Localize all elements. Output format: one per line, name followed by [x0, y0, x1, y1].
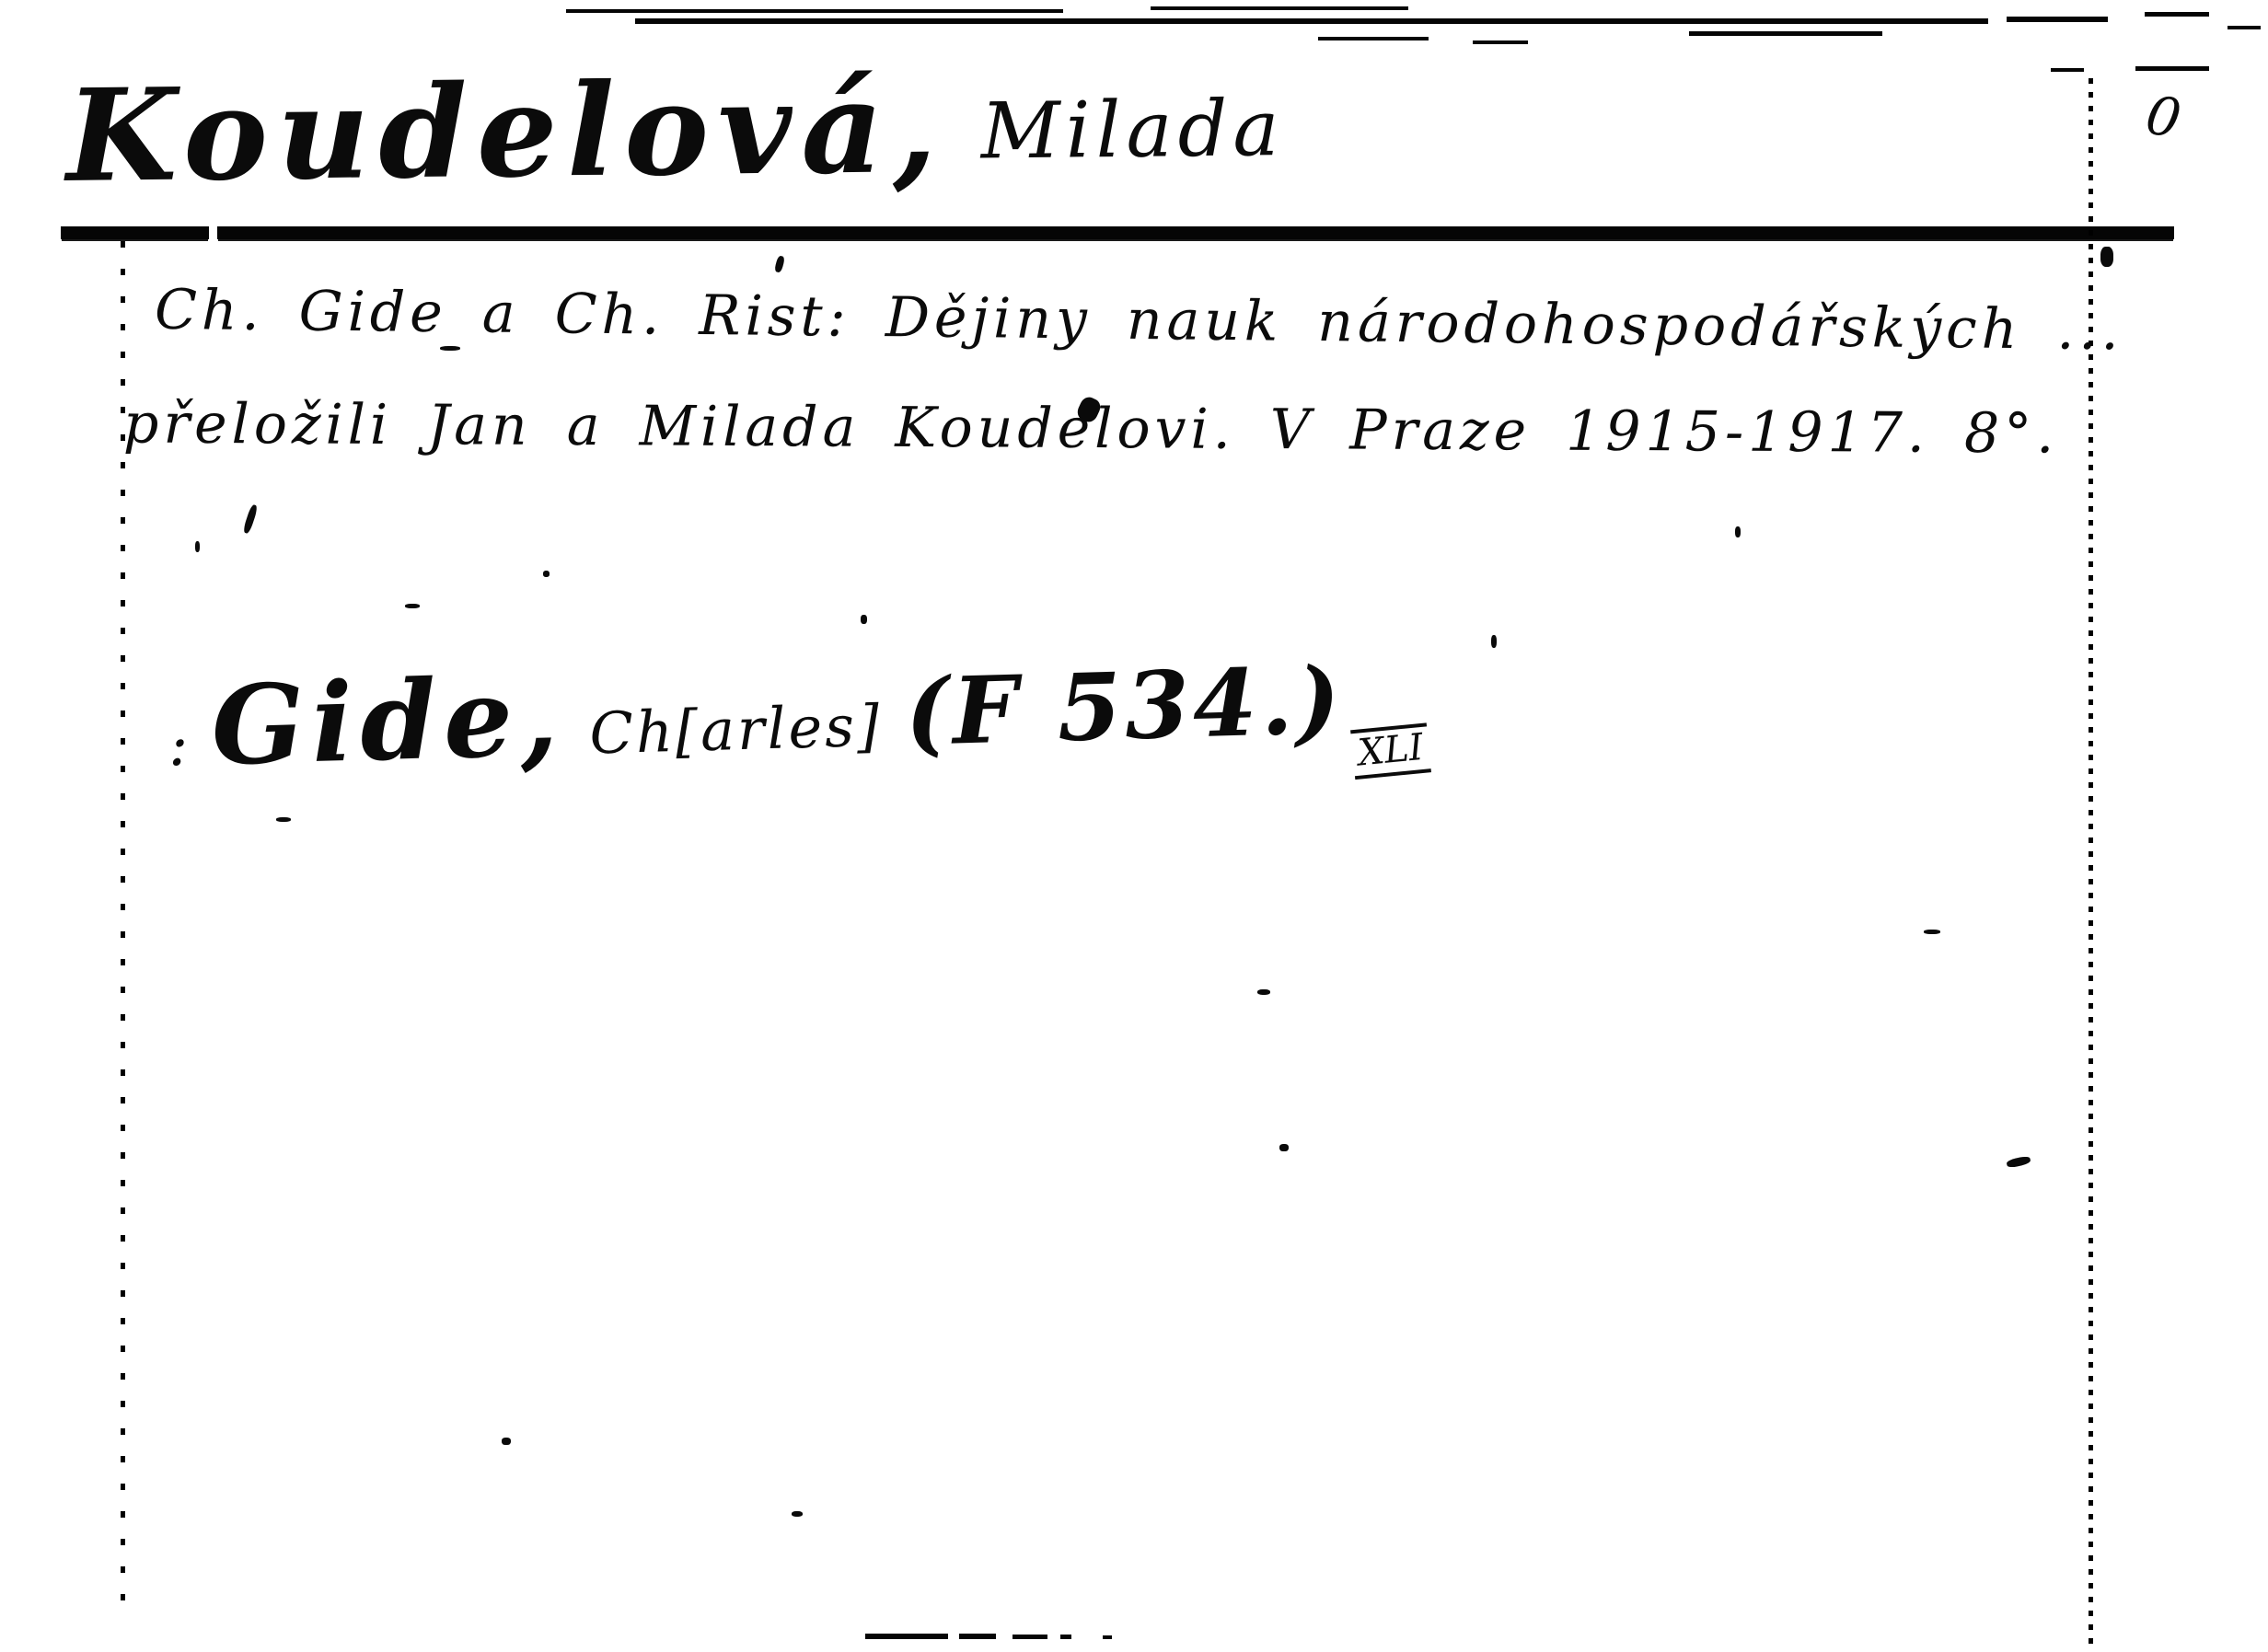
scan-noise-top	[2145, 12, 2209, 17]
scan-speck	[1924, 930, 1940, 934]
scan-noise-dash	[2051, 68, 2084, 72]
scan-speck	[774, 255, 785, 272]
heading: Koudelová, Milada	[65, 60, 1285, 200]
reference-name: Gide,	[210, 662, 566, 780]
scan-speck	[1735, 526, 1741, 537]
scan-speck	[276, 817, 291, 822]
scan-speck	[405, 604, 420, 608]
scan-noise-bottom	[959, 1634, 996, 1639]
reference-shelfmark: (F 534.)	[904, 654, 1345, 758]
scan-noise-dash	[1318, 37, 1429, 40]
cross-reference-line: : Gide, Ch[arles] (F 534.) XLI	[167, 638, 1445, 782]
scan-speck	[792, 1511, 803, 1517]
scan-speck	[1279, 1144, 1289, 1151]
scan-noise-bottom	[1012, 1635, 1047, 1639]
scan-speck	[1491, 635, 1497, 648]
scan-noise-top	[1151, 6, 1408, 10]
scan-noise-bottom	[1060, 1635, 1071, 1639]
scan-speck	[440, 346, 460, 351]
scan-noise-top	[1689, 31, 1882, 36]
catalog-card-scan: { "card": { "heading": { "surname": "Kou…	[0, 0, 2268, 1652]
scan-speck	[242, 504, 258, 535]
scan-noise-top	[2227, 26, 2261, 29]
scan-speck	[2006, 1155, 2031, 1168]
heading-surname: Koudelová,	[65, 64, 946, 200]
reference-forename: Ch[arles]	[589, 698, 883, 763]
scan-noise-bottom	[1103, 1635, 1112, 1639]
scan-speck	[195, 541, 200, 552]
header-rule	[217, 226, 2174, 239]
scan-speck	[861, 615, 867, 624]
scan-speck	[1257, 989, 1270, 995]
scan-noise-top	[635, 18, 1988, 24]
page-number: 0	[2142, 87, 2184, 146]
scan-noise-dash	[2135, 66, 2209, 71]
scan-noise-top	[2007, 17, 2108, 22]
reference-volume-numeral: XLI	[1350, 722, 1431, 780]
reference-colon: :	[168, 716, 189, 776]
scan-speck	[2100, 247, 2113, 267]
scan-noise-dash	[1473, 40, 1528, 44]
scan-speck	[502, 1438, 511, 1445]
heading-forename: Milada	[980, 89, 1285, 169]
header-rule	[61, 226, 209, 239]
scan-speck	[543, 571, 550, 577]
scan-noise-bottom	[865, 1634, 948, 1639]
scan-noise-top	[566, 9, 1063, 13]
